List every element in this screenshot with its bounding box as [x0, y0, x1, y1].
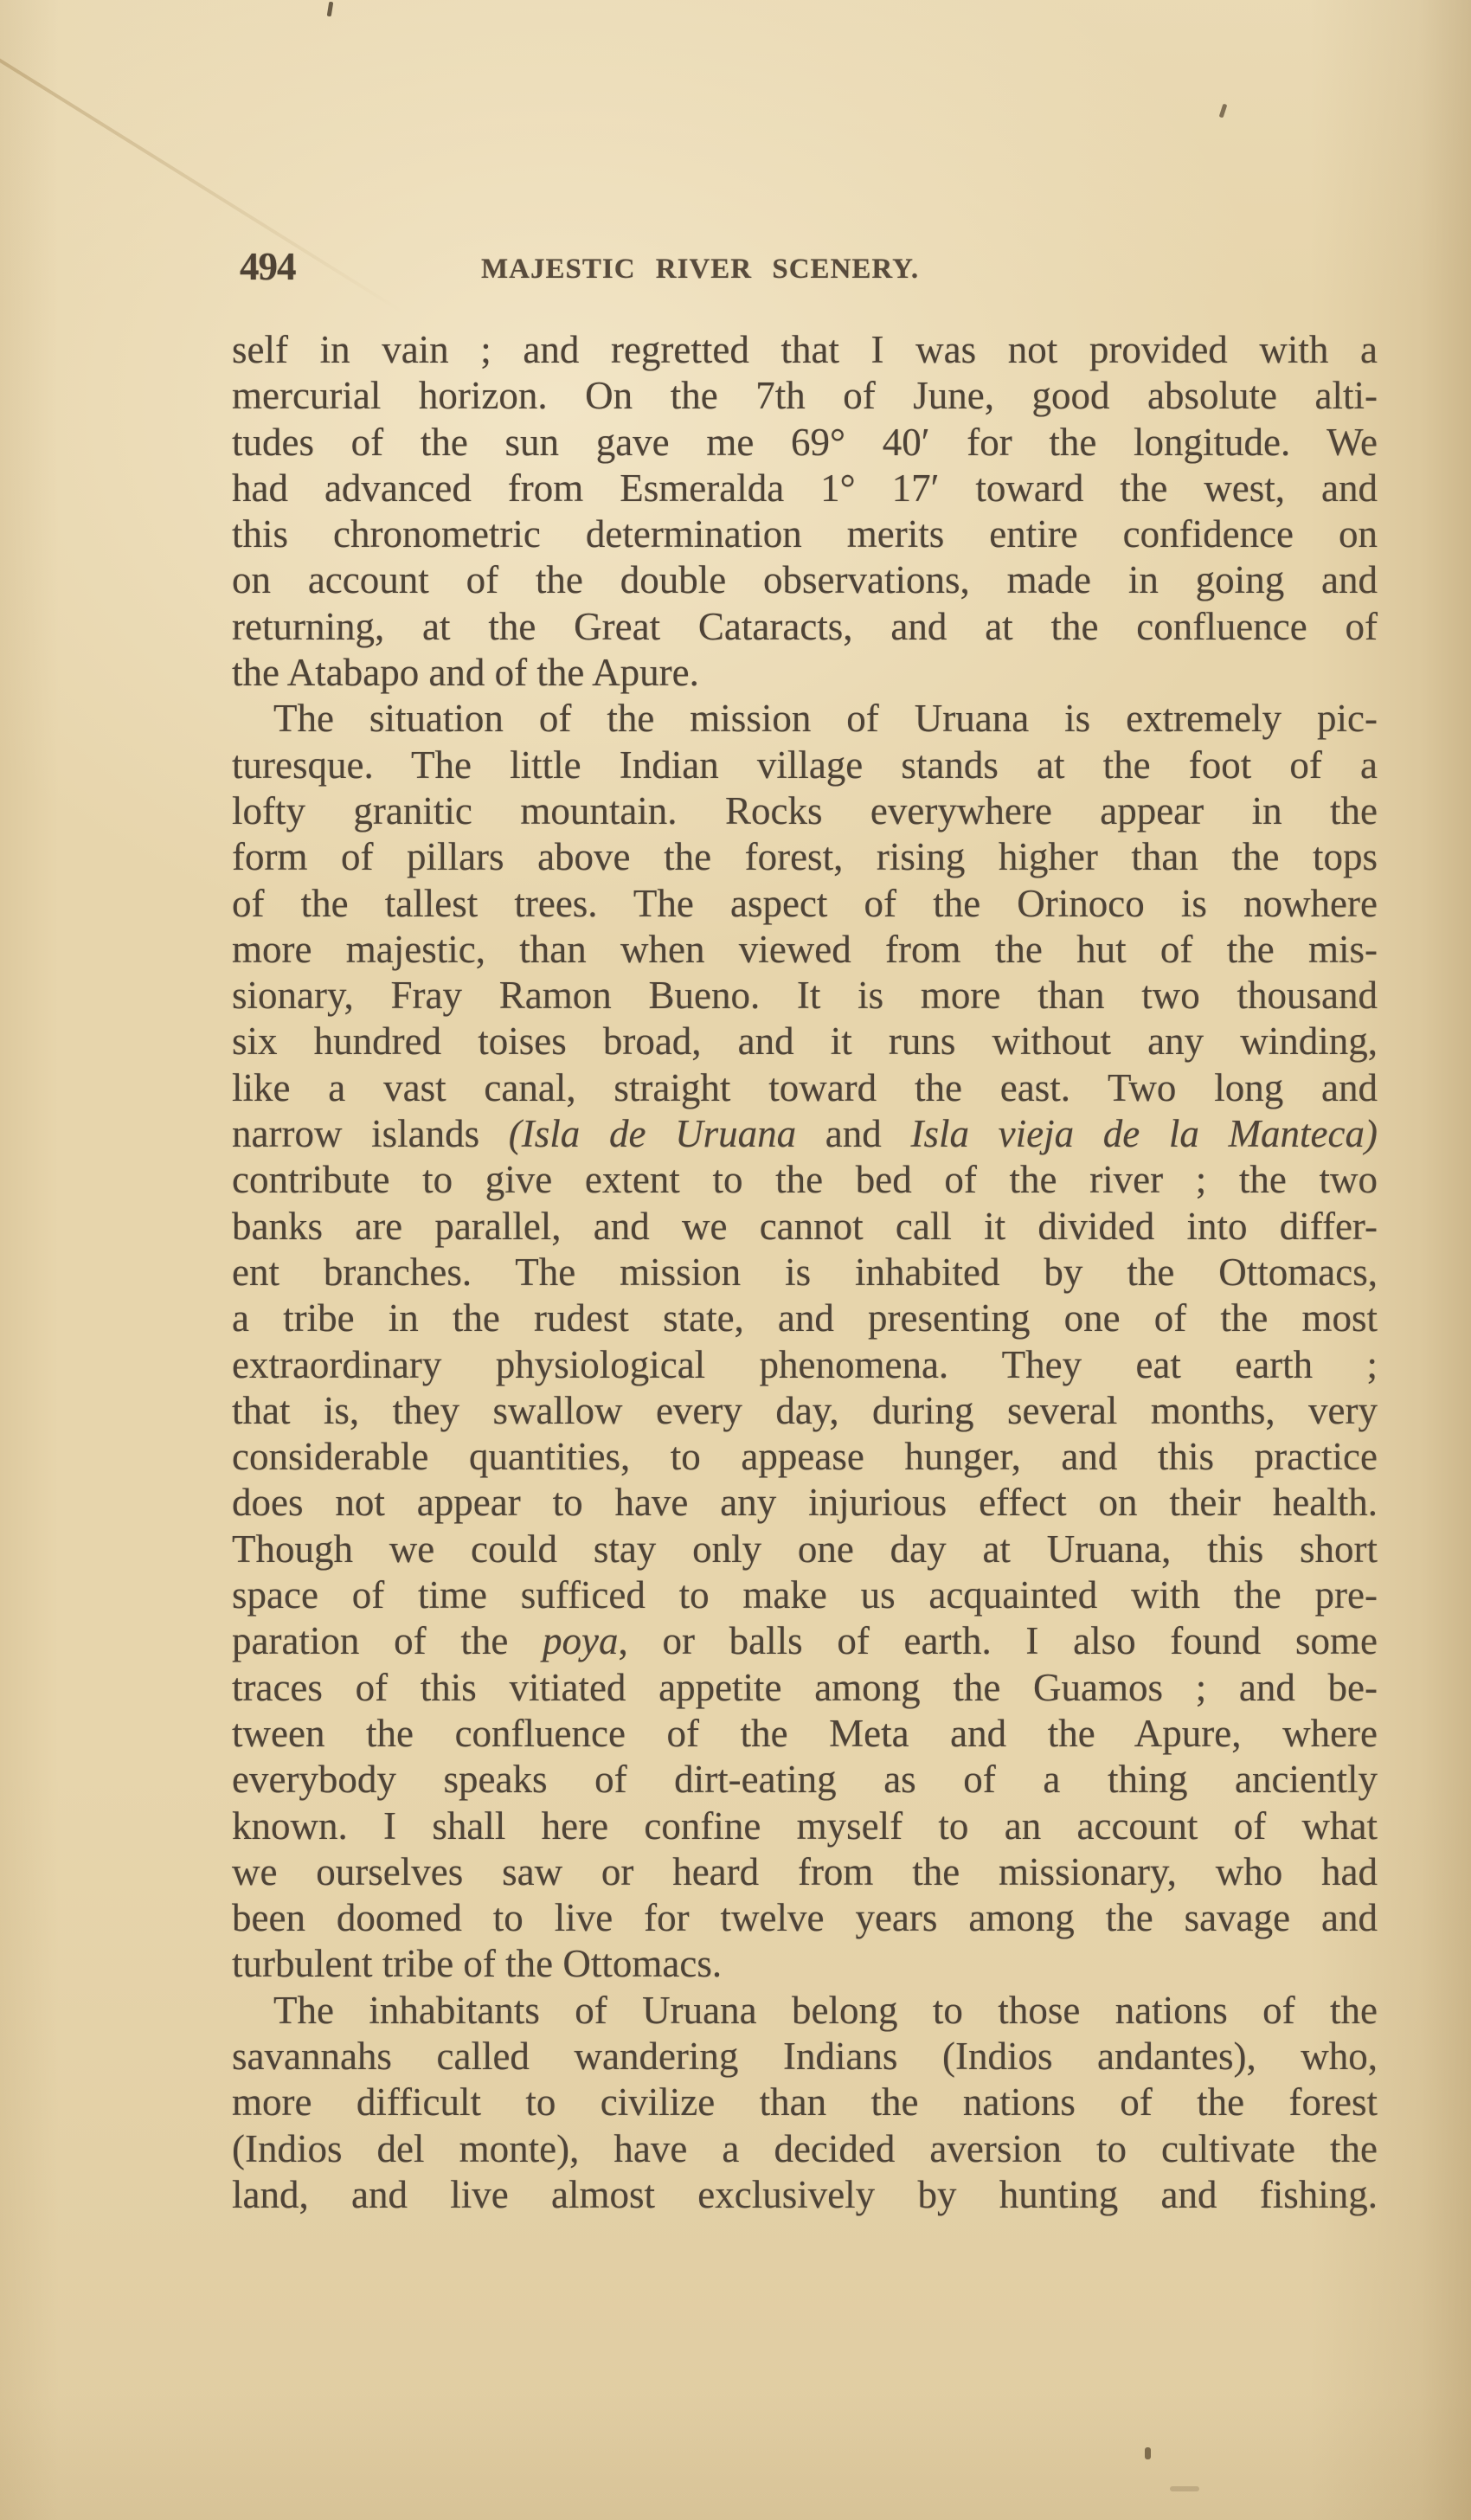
text-line: sionary, Fray Ramon Bueno. It is more th… — [232, 973, 1378, 1019]
text-line: turbulent tribe of the Ottomacs. — [232, 1941, 1378, 1987]
text-line: more majestic, than when viewed from the… — [232, 927, 1378, 973]
text-line: mercurial horizon. On the 7th of June, g… — [232, 373, 1378, 419]
text-line: a tribe in the rudest state, and present… — [232, 1295, 1378, 1341]
ink-smudge — [1170, 2486, 1199, 2491]
text-line: narrow islands (Isla de Uruana and Isla … — [232, 1111, 1378, 1157]
page-number: 494 — [240, 246, 296, 287]
text-line: traces of this vitiated appetite among t… — [232, 1665, 1378, 1711]
ink-speck — [1145, 2447, 1151, 2459]
italic-text: poya — [543, 1619, 618, 1662]
text-line: The situation of the mission of Uruana i… — [232, 696, 1378, 742]
text-line: space of time sufficed to make us acquai… — [232, 1572, 1378, 1618]
text-line: the Atabapo and of the Apure. — [232, 650, 1378, 696]
text-line: does not appear to have any injurious ef… — [232, 1480, 1378, 1526]
text-line: self in vain ; and regretted that I was … — [232, 327, 1378, 373]
text-line: lofty granitic mountain. Rocks everywher… — [232, 788, 1378, 834]
text-line: had advanced from Esmeralda 1° 17′ towar… — [232, 466, 1378, 511]
text-segment: paration of the — [232, 1619, 543, 1662]
running-header: MAJESTIC RIVER SCENERY. — [481, 253, 919, 286]
ink-speck — [1219, 104, 1228, 119]
text-line: on account of the double observations, m… — [232, 557, 1378, 603]
text-line: land, and live almost exclusively by hun… — [232, 2172, 1378, 2218]
italic-text: (Isla de Uruana — [509, 1112, 796, 1155]
text-line: savannahs called wandering Indians (Indi… — [232, 2034, 1378, 2080]
text-line: like a vast canal, straight toward the e… — [232, 1065, 1378, 1111]
text-line: returning, at the Great Cataracts, and a… — [232, 604, 1378, 650]
text-line: everybody speaks of dirt-eating as of a … — [232, 1757, 1378, 1803]
text-line: ent branches. The mission is inhabited b… — [232, 1250, 1378, 1295]
text-segment: , or balls of earth. I also found some — [619, 1619, 1378, 1662]
text-line: more difficult to civilize than the nati… — [232, 2080, 1378, 2125]
text-line: considerable quantities, to appease hung… — [232, 1434, 1378, 1480]
text-line: banks are parallel, and we cannot call i… — [232, 1204, 1378, 1250]
text-segment: and — [796, 1112, 910, 1155]
text-line: Though we could stay only one day at Uru… — [232, 1527, 1378, 1572]
text-line: paration of the poya, or balls of earth.… — [232, 1618, 1378, 1664]
text-line: form of pillars above the forest, rising… — [232, 834, 1378, 880]
text-line: contribute to give extent to the bed of … — [232, 1157, 1378, 1203]
page-crease — [0, 26, 403, 313]
ink-speck — [327, 2, 334, 17]
text-line: this chronometric determination merits e… — [232, 511, 1378, 557]
text-line: extraordinary physiological phenomena. T… — [232, 1342, 1378, 1388]
text-line: six hundred toises broad, and it runs wi… — [232, 1019, 1378, 1064]
text-line: of the tallest trees. The aspect of the … — [232, 881, 1378, 927]
book-page: 494 MAJESTIC RIVER SCENERY. self in vain… — [0, 0, 1471, 2520]
text-line: (Indios del monte), have a decided avers… — [232, 2126, 1378, 2172]
text-line: turesque. The little Indian village stan… — [232, 742, 1378, 788]
body-text: self in vain ; and regretted that I was … — [232, 327, 1378, 2218]
text-line: The inhabitants of Uruana belong to thos… — [232, 1988, 1378, 2034]
text-line: been doomed to live for twelve years amo… — [232, 1895, 1378, 1941]
italic-text: Isla vieja de la Manteca) — [910, 1112, 1378, 1155]
text-line: we ourselves saw or heard from the missi… — [232, 1849, 1378, 1895]
text-line: that is, they swallow every day, during … — [232, 1388, 1378, 1434]
text-line: known. I shall here confine myself to an… — [232, 1803, 1378, 1849]
text-segment: narrow islands — [232, 1112, 509, 1155]
text-line: tween the confluence of the Meta and the… — [232, 1711, 1378, 1757]
text-line: tudes of the sun gave me 69° 40′ for the… — [232, 420, 1378, 466]
